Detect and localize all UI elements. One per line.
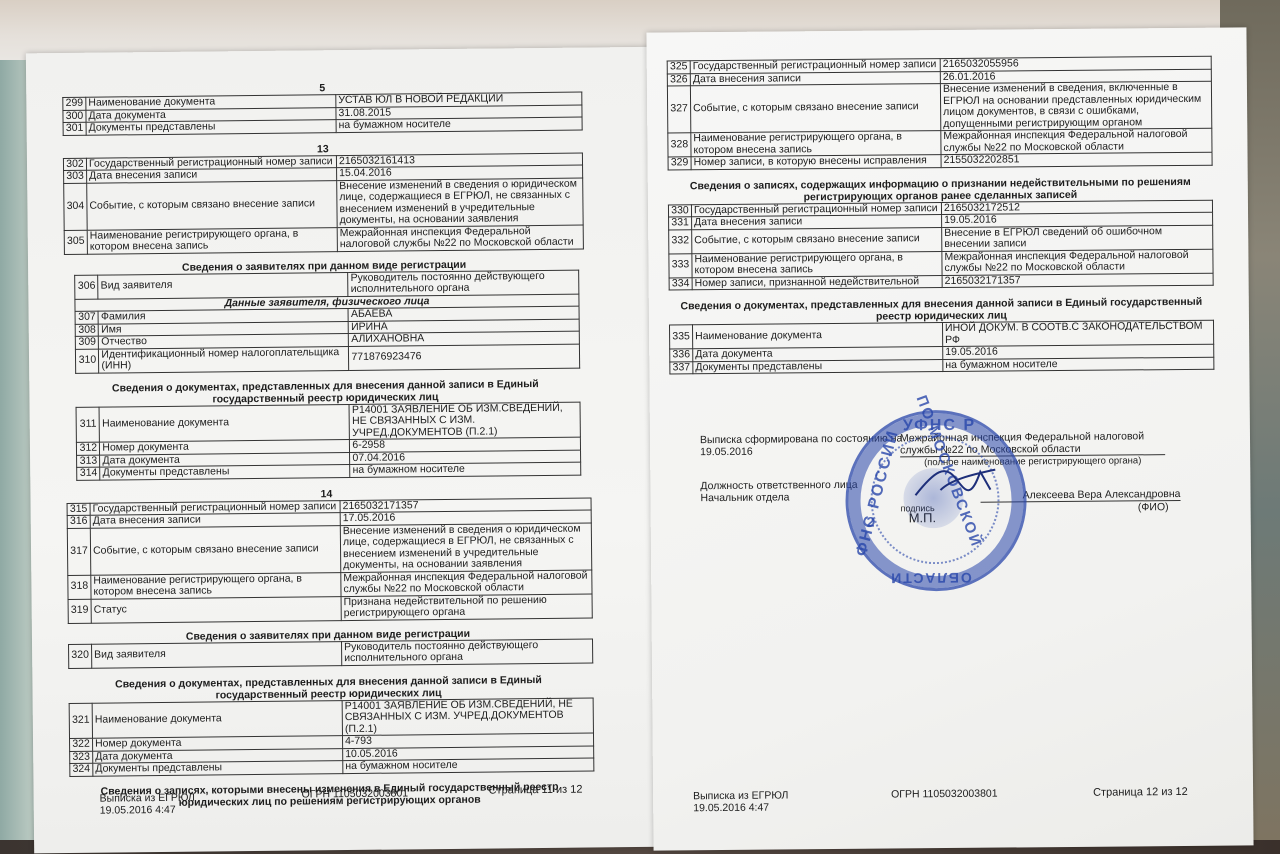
row-value: Внесение в ЕГРЮЛ сведений об ошибочном в…	[942, 225, 1213, 251]
table-row: 321Наименование документаР14001 ЗАЯВЛЕНИ…	[69, 697, 594, 738]
table-row: 327Событие, с которым связано внесение з…	[667, 81, 1211, 133]
row-label: Статус	[91, 596, 341, 623]
row-number: 308	[76, 324, 99, 337]
page-12: 325Государственный регистрационный номер…	[646, 27, 1253, 850]
row-label: Наименование документа	[99, 404, 349, 442]
row-number: 330	[668, 204, 691, 217]
table-row: 319СтатусПризнана недействительной по ре…	[68, 593, 592, 622]
row-number: 333	[669, 253, 692, 277]
row-label: Событие, с которым связано внесение запи…	[87, 180, 337, 230]
footer-extract-label: Выписка из ЕГРЮЛ	[100, 792, 195, 805]
row-value: Межрайонная инспекция Федеральной налого…	[941, 128, 1212, 154]
table-row: 304Событие, с которым связано внесение з…	[64, 178, 583, 230]
row-value: Межрайонная инспекция Федеральной налого…	[942, 249, 1213, 275]
row-value: Межрайонная инспекция Федеральной налого…	[337, 225, 583, 252]
footer-ogrn: ОГРН 1105032003801	[891, 788, 998, 801]
footer-page-number: Страница 12 из 12	[1093, 786, 1188, 799]
row-value: Р14001 ЗАЯВЛЕНИЕ ОБ ИЗМ.СВЕДЕНИЙ, НЕ СВЯ…	[342, 697, 594, 735]
row-label: Наименование документа	[692, 323, 942, 349]
row-number: 303	[64, 170, 87, 183]
row-number: 328	[668, 133, 691, 157]
row-label: Событие, с которым связано внесение запи…	[692, 227, 942, 253]
row-label: Наименование регистрирующего органа, в к…	[692, 251, 942, 277]
applicant-table: 306 Вид заявителя Руководитель постоянно…	[75, 269, 580, 373]
footer-ogrn: ОГРН 1105032003801	[302, 787, 409, 800]
row-value: Руководитель постоянно действующего испо…	[348, 270, 579, 296]
row-number: 331	[669, 217, 692, 230]
row-value: на бумажном носителе	[343, 758, 594, 773]
row-number: 329	[668, 157, 691, 170]
row-label: Вид заявителя	[98, 272, 348, 299]
row-number: 334	[669, 277, 692, 290]
row-number: 319	[68, 599, 91, 623]
row-value: на бумажном носителе	[943, 357, 1214, 372]
table-row: 311Наименование документаР14001 ЗАЯВЛЕНИ…	[76, 402, 580, 443]
row-value: 771876923476	[349, 344, 580, 370]
record-table-invalidation: 330Государственный регистрационный номер…	[668, 199, 1214, 290]
record-table-block-14: 315Государственный регистрационный номер…	[67, 497, 593, 623]
record-table-correction: 325Государственный регистрационный номер…	[667, 56, 1213, 170]
row-value: 2155032202851	[941, 152, 1212, 167]
row-value: Внесение изменений в сведения, включенны…	[940, 81, 1211, 130]
row-number: 312	[77, 442, 100, 455]
row-number: 317	[67, 528, 90, 575]
footer-extract-label: Выписка из ЕГРЮЛ	[693, 789, 788, 802]
row-number: 300	[63, 110, 86, 123]
row-label: Документы представлены	[86, 120, 336, 135]
row-label: Документы представлены	[93, 761, 343, 776]
row-value: ИНОЙ ДОКУМ. В СООТВ.С ЗАКОНОДАТЕЛЬСТВОМ …	[942, 320, 1213, 346]
row-number: 313	[77, 455, 100, 468]
row-number: 327	[667, 86, 690, 133]
footer-extract-datetime: 19.05.2016 4:47	[693, 801, 788, 814]
row-label: Номер записи, признанной недействительно…	[692, 275, 942, 290]
footer-page-number: Страница 11 из 12	[489, 784, 583, 797]
documents-table-invalidation: 335Наименование документаИНОЙ ДОКУМ. В С…	[669, 320, 1214, 375]
row-number: 337	[670, 361, 693, 374]
table-row: 310Идентификационный номер налогоплатель…	[76, 344, 580, 373]
row-number: 322	[70, 738, 93, 751]
row-label: Наименование регистрирующего органа, в к…	[691, 131, 941, 157]
table-row: 305Наименование регистрирующего органа, …	[64, 225, 583, 254]
row-number: 318	[68, 575, 91, 599]
row-number: 324	[70, 763, 93, 776]
page-12-content: 325Государственный регистрационный номер…	[667, 56, 1215, 375]
row-label: Номер записи, в которую внесены исправле…	[691, 155, 941, 170]
row-number: 321	[69, 703, 92, 739]
row-number: 326	[667, 73, 690, 86]
table-row: 320 Вид заявителя Руководитель постоянно…	[69, 638, 593, 667]
row-number: 325	[667, 61, 690, 74]
row-value: 2165032171357	[942, 273, 1213, 288]
row-number: 307	[75, 311, 98, 324]
row-number: 323	[70, 751, 93, 764]
row-value: на бумажном носителе	[350, 462, 581, 477]
row-number: 332	[669, 229, 692, 253]
row-value: Признана недействительной по решению рег…	[341, 593, 592, 620]
handwritten-signature-icon	[910, 460, 1000, 506]
row-value: Внесение изменений в сведения о юридичес…	[337, 178, 583, 228]
row-label: Документы представлены	[100, 465, 350, 480]
row-label: Событие, с которым связано внесение запи…	[90, 525, 340, 575]
row-number: 301	[63, 122, 86, 135]
row-number: 306	[75, 275, 98, 299]
applicant-table-block-14: 320 Вид заявителя Руководитель постоянно…	[68, 638, 593, 668]
row-label: Вид заявителя	[92, 641, 342, 668]
row-number: 305	[64, 230, 87, 254]
row-number: 315	[67, 503, 90, 516]
page-11: 5 299Наименование документаУСТАВ ЮЛ В НО…	[26, 47, 674, 854]
stamp-number: 2	[867, 514, 875, 530]
row-label: Идентификационный номер налогоплательщик…	[99, 346, 349, 373]
row-number: 304	[64, 183, 87, 230]
row-number: 309	[76, 336, 99, 349]
record-table-block-13: 302Государственный регистрационный номер…	[63, 152, 584, 254]
documents-table-block-13: 311Наименование документаР14001 ЗАЯВЛЕНИ…	[76, 401, 581, 480]
record-table-block-5: 299Наименование документаУСТАВ ЮЛ В НОВО…	[62, 92, 582, 136]
row-number: 335	[669, 325, 692, 349]
row-label: Наименование регистрирующего органа, в к…	[91, 572, 341, 599]
table-row: 317Событие, с которым связано внесение з…	[67, 522, 592, 574]
row-value: Внесение изменений в сведения о юридичес…	[340, 522, 592, 572]
page-11-content: 5 299Наименование документаУСТАВ ЮЛ В НО…	[62, 80, 590, 810]
page-footer-left: Выписка из ЕГРЮЛ 19.05.2016 4:47	[100, 792, 195, 817]
row-label: Наименование документа	[92, 700, 342, 738]
stamp-bottom-text: ОБЛАСТИ	[889, 570, 972, 587]
documents-table-block-14: 321Наименование документаР14001 ЗАЯВЛЕНИ…	[69, 697, 595, 776]
row-label: Событие, с которым связано внесение запи…	[690, 84, 940, 133]
row-number: 302	[63, 158, 86, 171]
row-number: 310	[76, 349, 99, 373]
row-number: 314	[77, 467, 100, 480]
row-number: 299	[63, 97, 86, 110]
row-number: 320	[69, 644, 92, 668]
row-number: 311	[76, 407, 99, 443]
row-number: 316	[67, 515, 90, 528]
table-row: 329 Номер записи, в которую внесены испр…	[668, 152, 1212, 169]
page-footer-right: Выписка из ЕГРЮЛ 19.05.2016 4:47	[693, 789, 788, 814]
row-value: Руководитель постоянно действующего испо…	[342, 638, 593, 665]
row-value: на бумажном носителе	[336, 117, 582, 132]
row-label: Документы представлены	[693, 359, 943, 374]
row-value: Межрайонная инспекция Федеральной налого…	[341, 569, 592, 596]
row-number: 336	[670, 349, 693, 362]
row-label: Наименование регистрирующего органа, в к…	[87, 227, 337, 254]
footer-extract-datetime: 19.05.2016 4:47	[100, 804, 195, 817]
row-value: Р14001 ЗАЯВЛЕНИЕ ОБ ИЗМ.СВЕДЕНИЙ, НЕ СВЯ…	[349, 402, 580, 440]
